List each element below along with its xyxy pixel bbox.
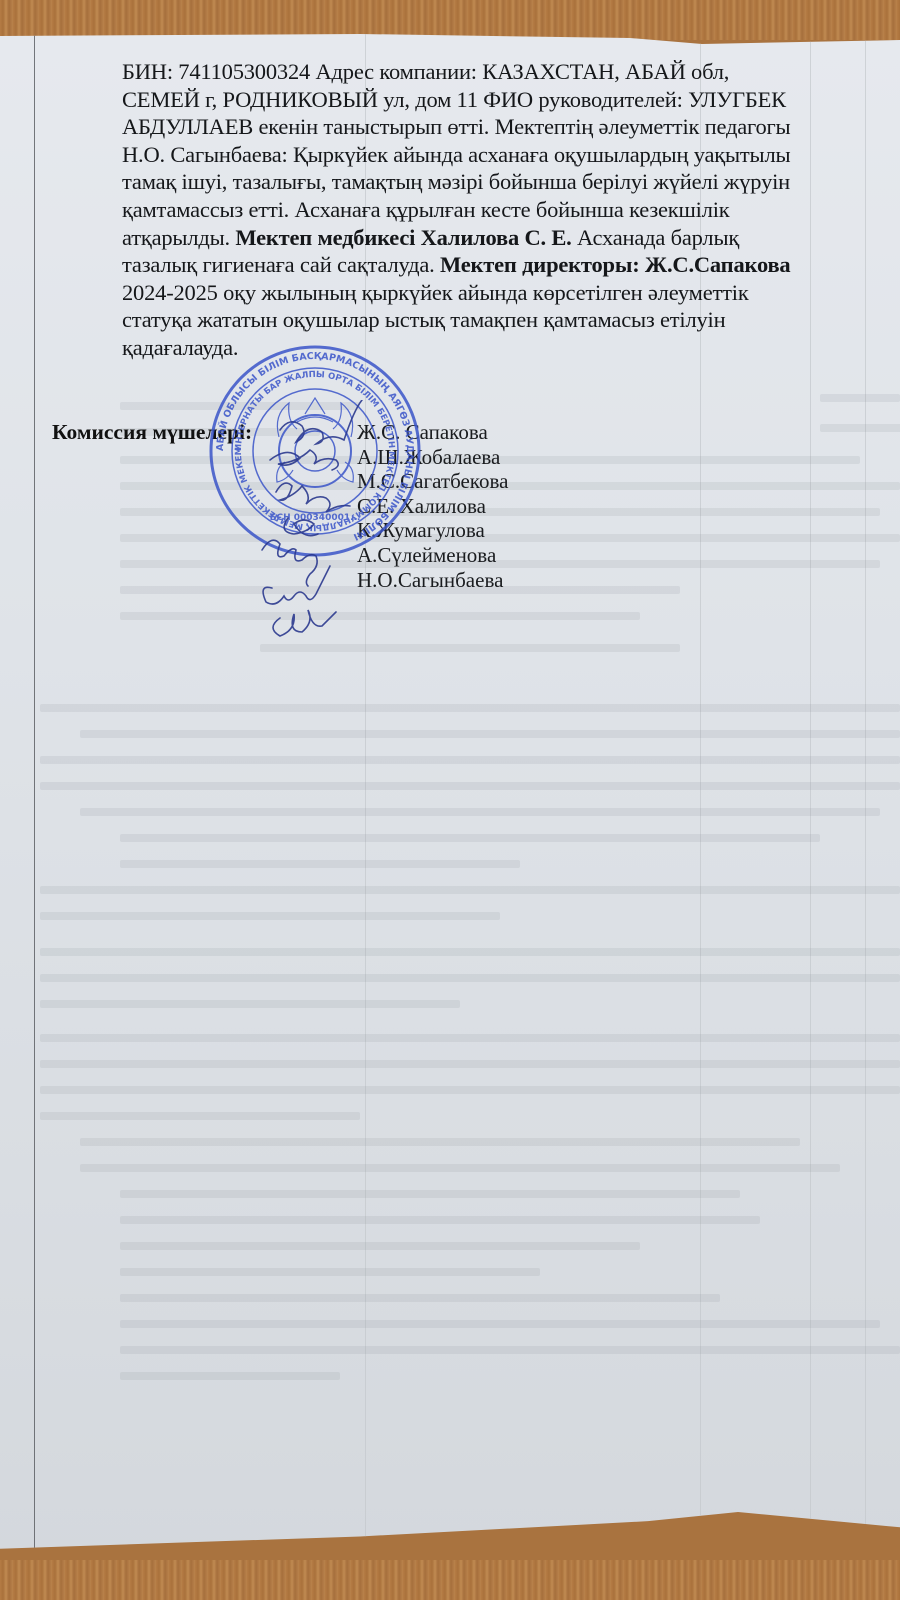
text-line: атқарылды. Мектеп медбикесі Халилова С. … (122, 224, 900, 252)
director-name: Мектеп директоры: Ж.С.Сапакова (440, 252, 790, 277)
desk-surface-bottom (0, 1560, 900, 1600)
text-segment: атқарылды. (122, 225, 235, 250)
handwritten-signatures (240, 400, 390, 640)
text-line: АБДУЛЛАЕВ екенін таныстырып өтті. Мектеп… (122, 113, 900, 141)
signature-4-icon (284, 518, 318, 536)
nurse-name: Мектеп медбикесі Халилова С. Е. (235, 225, 571, 250)
signature-1-icon (280, 400, 362, 444)
signature-7-icon (273, 610, 336, 636)
signature-6-icon (263, 566, 330, 604)
signature-5-icon (262, 540, 317, 586)
text-line: статуқа жататын оқушылар ыстық тамақпен … (122, 306, 900, 334)
text-line: тамақ ішуі, тазалығы, тамақтың мәзірі бо… (122, 168, 900, 196)
text-line: тазалық гигиенаға сай сақталуда. Мектеп … (122, 251, 900, 279)
desk-surface-top (0, 0, 900, 40)
text-line: СЕМЕЙ г, РОДНИКОВЫЙ ул, дом 11 ФИО руков… (122, 86, 900, 114)
text-line: 2024-2025 оқу жылының қыркүйек айында кө… (122, 279, 900, 307)
signature-2-icon (270, 450, 338, 470)
body-paragraph: БИН: 741105300324 Адрес компании: КАЗАХС… (122, 58, 900, 362)
text-line: Н.О. Сагынбаева: Қыркүйек айында асханағ… (122, 141, 900, 169)
text-segment: тазалық гигиенаға сай сақталуда. (122, 252, 440, 277)
text-line: БИН: 741105300324 Адрес компании: КАЗАХС… (122, 58, 900, 86)
text-segment: Асханада барлық (572, 225, 740, 250)
text-line: қамтамассыз етті. Асханаға құрылған кест… (122, 196, 900, 224)
margin-line (34, 34, 35, 1564)
signature-3-icon (276, 483, 350, 512)
